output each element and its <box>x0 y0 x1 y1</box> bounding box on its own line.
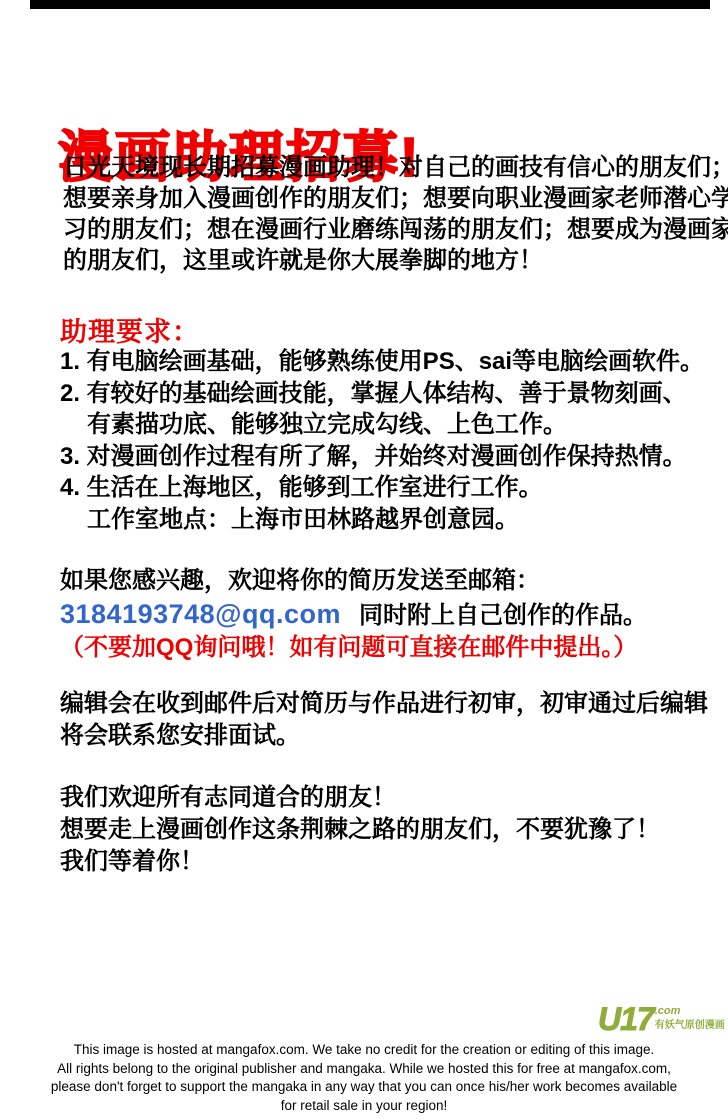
intro-line: 习的朋友们；想在漫画行业磨练闯荡的朋友们；想要成为漫画家 <box>63 214 728 245</box>
closing-line: 我们欢迎所有志同道合的朋友！ <box>60 782 660 814</box>
disclaimer-line: This image is hosted at mangafox.com. We… <box>0 1041 728 1060</box>
u17-dotcom-text: .com <box>655 1006 725 1017</box>
requirement-item: 1. 有电脑绘画基础，能够熟练使用PS、sai等电脑绘画软件。 <box>60 346 704 378</box>
email-address-link[interactable]: 3184193748@qq.com <box>60 598 341 631</box>
studio-address-line: 工作室地点：上海市田林路越界创意园。 <box>60 504 704 536</box>
review-paragraph: 编辑会在收到邮件后对简历与作品进行初审，初审通过后编辑 将会联系您安排面试。 <box>60 688 708 752</box>
requirements-heading: 助理要求： <box>60 310 200 349</box>
intro-paragraph: 日光天境现长期招募漫画助理！对自己的画技有信心的朋友们； 想要亲身加入漫画创作的… <box>63 152 728 276</box>
requirement-item: 4. 生活在上海地区，能够到工作室进行工作。 <box>60 472 704 504</box>
disclaimer-line: for retail sale in your region! <box>0 1097 728 1116</box>
disclaimer-line: please don't forget to support the manga… <box>0 1078 728 1097</box>
intro-line: 想要亲身加入漫画创作的朋友们；想要向职业漫画家老师潜心学 <box>63 183 728 214</box>
intro-line: 日光天境现长期招募漫画助理！对自己的画技有信心的朋友们； <box>63 152 728 183</box>
review-line: 将会联系您安排面试。 <box>60 720 708 752</box>
requirement-item: 2. 有较好的基础绘画技能，掌握人体结构、善于景物刻画、 <box>60 378 704 410</box>
top-black-bar <box>30 0 710 9</box>
closing-line: 想要走上漫画创作这条荆棘之路的朋友们，不要犹豫了！ <box>60 814 660 846</box>
mangafox-disclaimer: This image is hosted at mangafox.com. We… <box>0 1041 728 1115</box>
requirement-item: 3. 对漫画创作过程有所了解，并始终对漫画创作保持热情。 <box>60 441 704 473</box>
u17-logo: U17 .com 有妖气原创漫画 <box>598 1004 725 1034</box>
email-line: 3184193748@qq.com 同时附上自己创作的作品。 <box>60 598 647 633</box>
u17-brand-text: U17 <box>598 1004 654 1034</box>
review-line: 编辑会在收到邮件后对简历与作品进行初审，初审通过后编辑 <box>60 688 708 720</box>
u17-tagline-text: 有妖气原创漫画 <box>655 1020 725 1031</box>
u17-logo-right: .com 有妖气原创漫画 <box>655 1004 725 1031</box>
disclaimer-line: All rights belong to the original publis… <box>0 1060 728 1079</box>
intro-line: 的朋友们，这里或许就是你大展拳脚的地方！ <box>63 245 728 276</box>
contact-section: 如果您感兴趣，欢迎将你的简历发送至邮箱： 3184193748@qq.com 同… <box>60 565 647 665</box>
email-suffix-text: 同时附上自己创作的作品。 <box>359 600 647 633</box>
closing-paragraph: 我们欢迎所有志同道合的朋友！ 想要走上漫画创作这条荆棘之路的朋友们，不要犹豫了！… <box>60 782 660 878</box>
contact-intro-line: 如果您感兴趣，欢迎将你的简历发送至邮箱： <box>60 565 647 598</box>
qq-warning-note: （不要加QQ询问哦！如有问题可直接在邮件中提出。） <box>60 632 647 665</box>
requirements-list: 1. 有电脑绘画基础，能够熟练使用PS、sai等电脑绘画软件。 2. 有较好的基… <box>60 346 704 535</box>
closing-line: 我们等着你！ <box>60 846 660 878</box>
requirement-item-continuation: 有素描功底、能够独立完成勾线、上色工作。 <box>60 409 704 441</box>
